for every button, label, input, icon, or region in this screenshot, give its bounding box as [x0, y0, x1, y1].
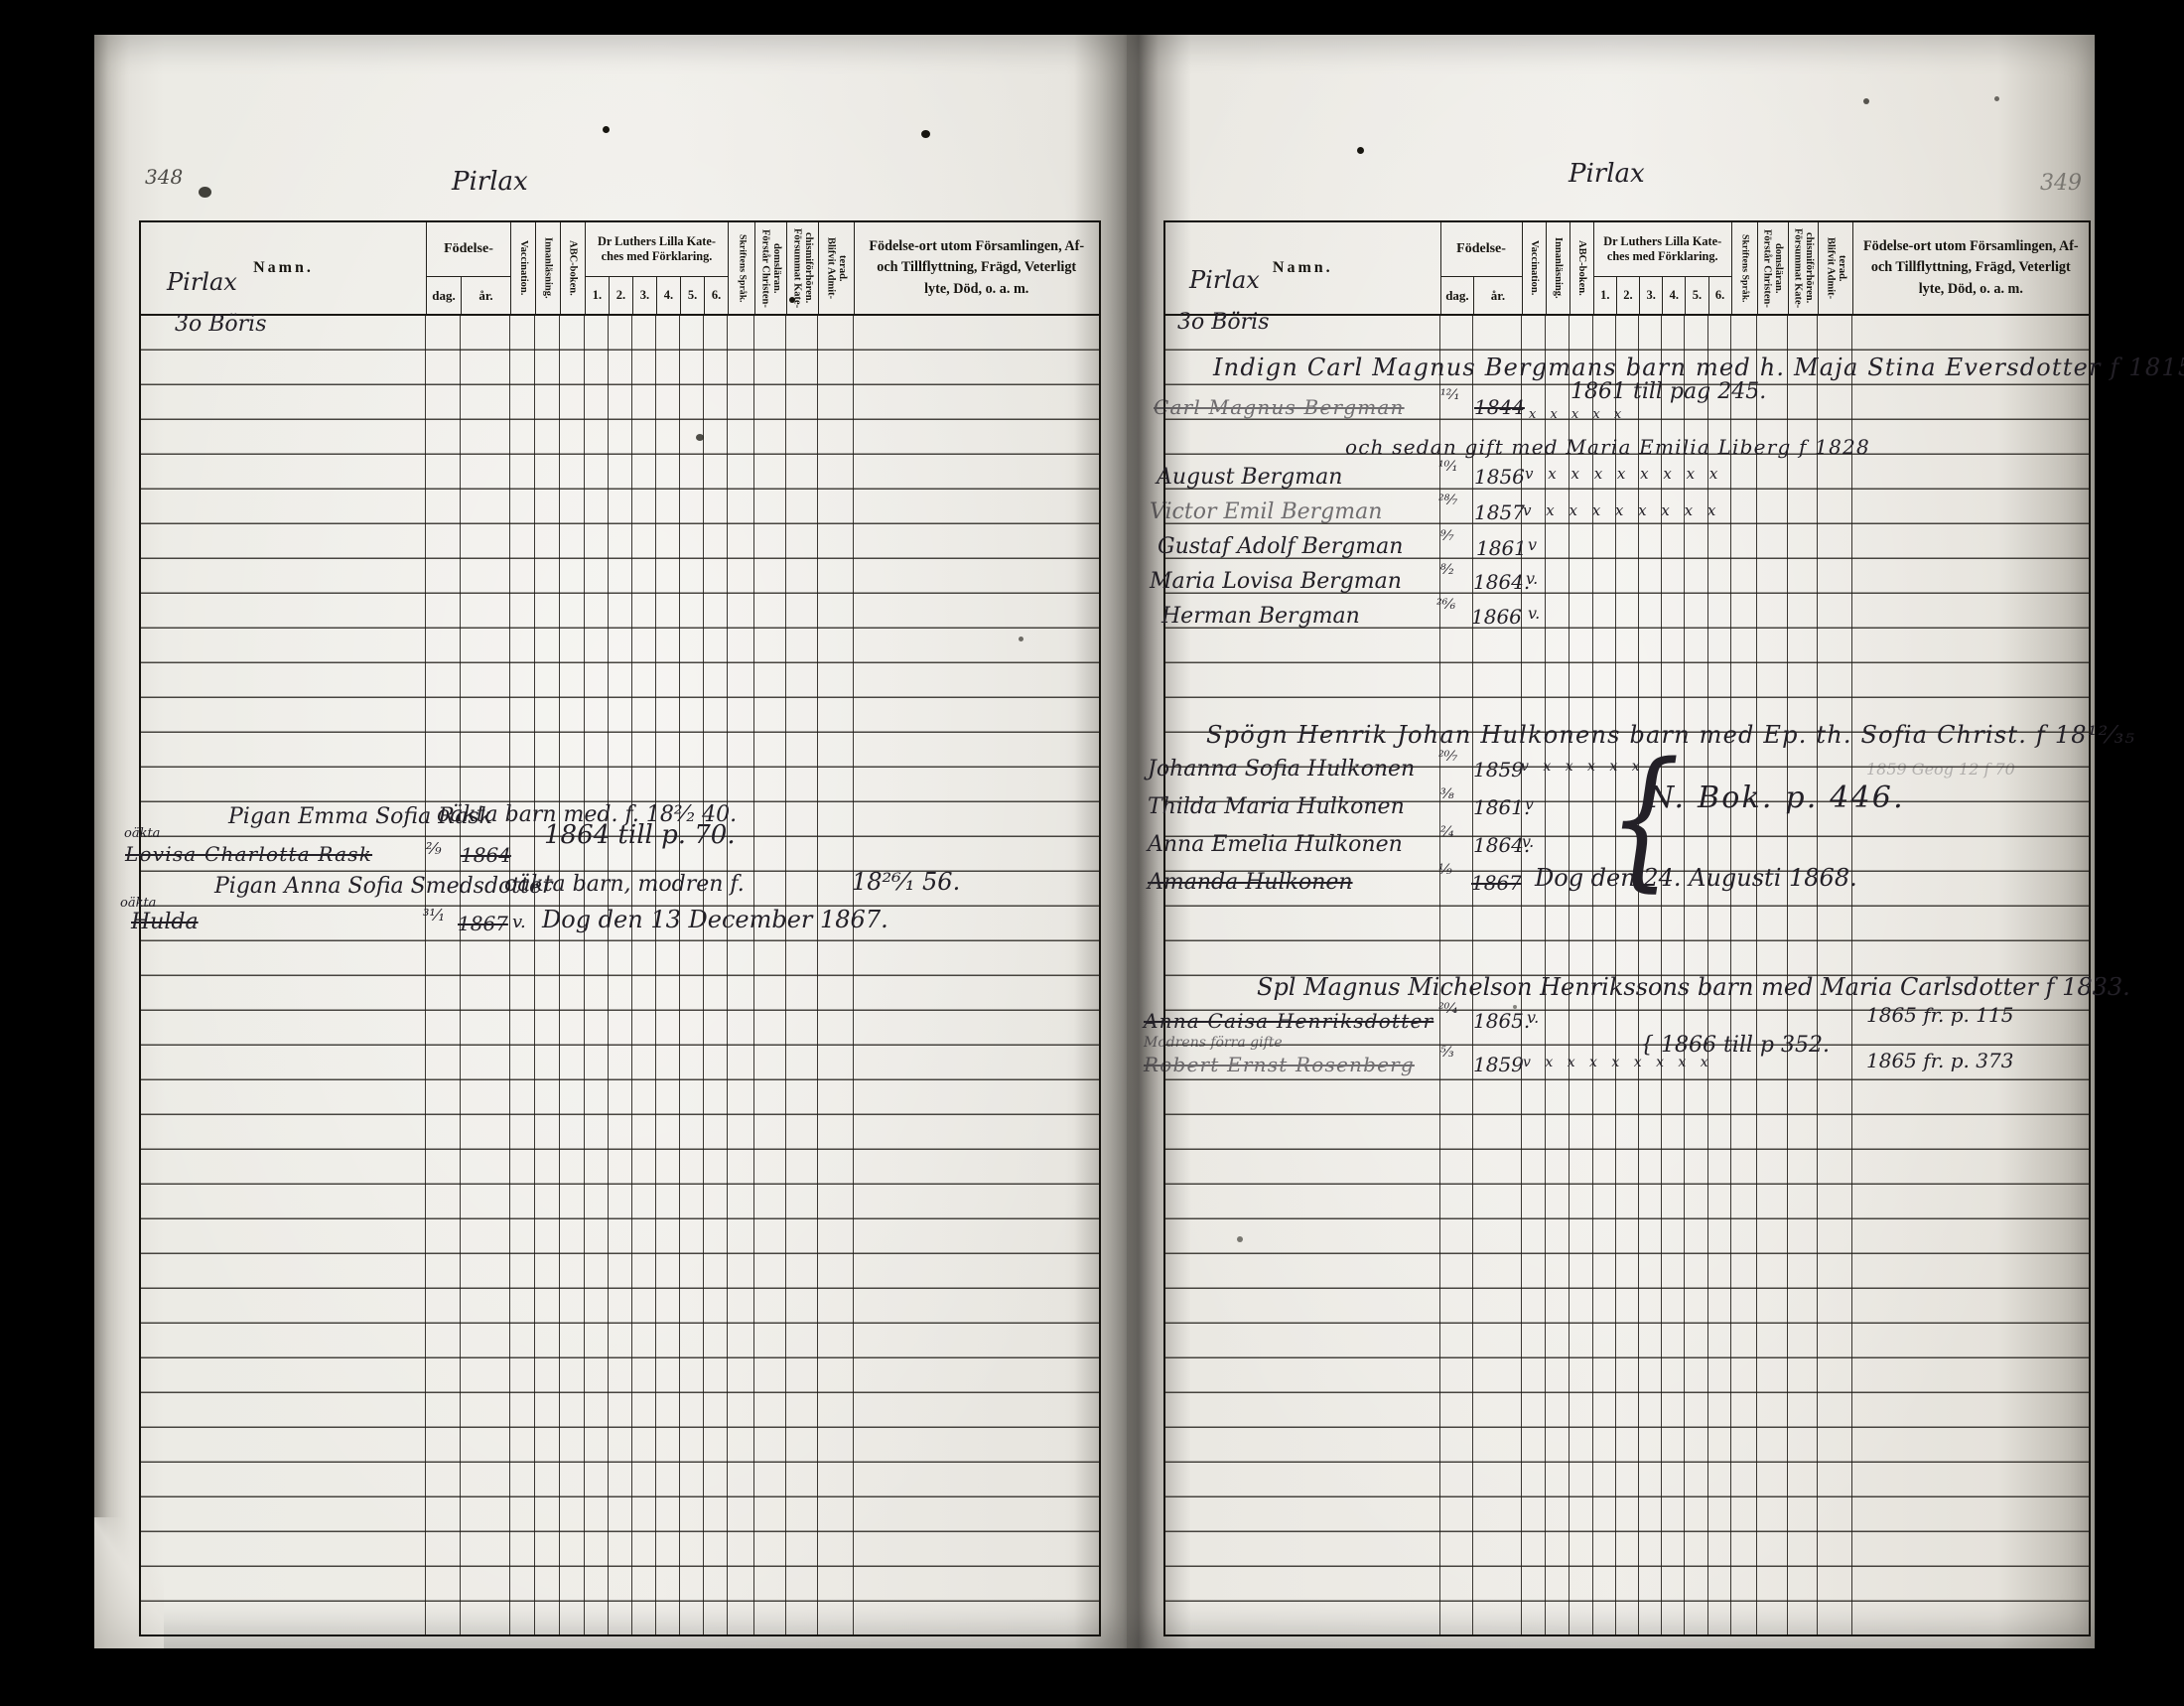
- col-header-forstar-christendomslaran: Förstår Christen-domsläran.: [754, 222, 786, 314]
- entry-name: Anna Emelia Hulkonen: [1148, 832, 1403, 857]
- dust-speck: [1237, 1236, 1243, 1242]
- page-number: 348: [145, 165, 183, 189]
- col-header-innanlasning: Innanläsning.: [1546, 222, 1570, 314]
- entry-birth-day: ²⁶⁄₆: [1436, 597, 1455, 613]
- dust-speck: [1863, 98, 1869, 104]
- col-header-vaccination: Vaccination.: [510, 222, 535, 314]
- entry-name: Gustaf Adolf Bergman: [1158, 534, 1403, 559]
- col-header-skriftens-sprak: Skriftens Språk.: [1731, 222, 1757, 314]
- col-header-innanlasning: Innanläsning.: [535, 222, 560, 314]
- col-header-kateches-4: 4.: [1662, 276, 1685, 314]
- entry-name: Carl Magnus Bergman: [1154, 395, 1405, 419]
- entry-birth-year: 1864: [461, 843, 511, 867]
- entry-birth-day: ³⁄₈: [1440, 786, 1454, 802]
- namn-script-note: Pirlax: [1189, 266, 1260, 294]
- ledger-table-right: Namn. Födelse- dag. år. Vaccination. Inn…: [1163, 220, 2091, 1636]
- entry-birth-day: ²⁄₄: [1440, 824, 1454, 840]
- entry-birth-day: ⁵⁄₃: [1440, 1045, 1454, 1061]
- column-rules: [141, 316, 1099, 1635]
- entry-marks: v: [1528, 535, 1537, 554]
- entry-birth-year: 1861.: [1473, 795, 1530, 819]
- col-header-abc-boken: ABC-boken.: [1570, 222, 1593, 314]
- entry-birth-year: 1866: [1471, 605, 1522, 629]
- page-number: 349: [2040, 171, 2082, 196]
- col-header-kateches-2: 2.: [609, 276, 632, 314]
- entry-note: 1861 till pag 245.: [1570, 379, 1766, 404]
- entry-note: 1865 fr. p. 373: [1866, 1049, 2013, 1072]
- col-header-kateches: Dr Luthers Lilla Kate-ches med Förklarin…: [585, 222, 728, 276]
- dust-speck: [1019, 637, 1024, 641]
- entry-note: 1864 till p. 70.: [544, 820, 736, 850]
- entry-birth-year: 1861: [1476, 536, 1527, 560]
- col-header-kateches-3: 3.: [632, 276, 656, 314]
- dust-speck: [199, 187, 211, 198]
- entry-name: Johanna Sofia Hulkonen: [1148, 757, 1415, 782]
- entry-birth-day: ³¹⁄₁: [423, 906, 445, 924]
- col-header-blifvit-admitterad: Blifvit Admit-terad.: [818, 222, 854, 314]
- section-header: 3o Böris: [175, 312, 267, 337]
- entry-birth-year: 1857: [1474, 500, 1525, 524]
- col-header-kateches-2: 2.: [1616, 276, 1639, 314]
- entry-note: Dog den 24. Augusti 1868.: [1535, 864, 1857, 892]
- entry-birth-day: ²⁸⁄₇: [1438, 493, 1457, 508]
- dust-speck: [696, 434, 704, 441]
- col-header-kateches-4: 4.: [656, 276, 680, 314]
- col-header-fodelse: Födelse-: [1440, 222, 1522, 276]
- entry-side-note: oäkta: [120, 896, 156, 911]
- dust-speck: [603, 126, 610, 133]
- dust-speck: [1994, 96, 1999, 101]
- entry-marks: x x x x x: [1529, 407, 1626, 422]
- entry-marks: v x x x x x: [1521, 759, 1645, 775]
- col-header-vaccination: Vaccination.: [1522, 222, 1546, 314]
- entry-birth-day: ¹⁰⁄₁: [1438, 459, 1457, 475]
- entry-marks: v: [1525, 794, 1534, 813]
- entry-name: Anna Caisa Henriksdotter: [1144, 1009, 1433, 1033]
- col-header-kateches-1: 1.: [585, 276, 609, 314]
- entry-family-header: Indign Carl Magnus Bergmans barn med h. …: [1213, 354, 2184, 381]
- entry-marks: v.: [1522, 832, 1534, 851]
- col-header-abc-boken: ABC-boken.: [560, 222, 585, 314]
- col-header-skriftens-sprak: Skriftens Språk.: [728, 222, 754, 314]
- entry-birth-day: ⁹⁄₇: [1440, 528, 1454, 544]
- dust-speck: [1513, 1005, 1517, 1009]
- entry-note: och sedan gift med Maria Emilia Liberg f…: [1345, 435, 1870, 459]
- col-header-kateches-6: 6.: [704, 276, 728, 314]
- entry-name: Pigan Anna Sofia Smedsdotter: [214, 874, 553, 899]
- namn-script-note: Pirlax: [167, 268, 237, 296]
- col-header-forstar-christendomslaran: Förstår Christen-domsläran.: [1757, 222, 1788, 314]
- col-header-ar: år.: [461, 276, 510, 314]
- entry-name: Herman Bergman: [1161, 604, 1360, 629]
- entry-pencil-note: 1859 Geog 12 f 70: [1866, 760, 2015, 779]
- entry-mark: v.: [512, 912, 526, 932]
- dust-speck: [789, 297, 795, 303]
- entry-note: 1865 fr. p. 115: [1866, 1003, 2013, 1027]
- col-header-dag: dag.: [1440, 276, 1474, 314]
- entry-birth-year: 1844: [1474, 395, 1525, 419]
- entry-marks: v x x x x x x x x: [1525, 465, 1722, 483]
- entry-name: Thilda Maria Hulkonen: [1148, 794, 1405, 819]
- table-body: [141, 316, 1099, 1635]
- page-title-script: Pirlax: [1569, 159, 1645, 189]
- entry-note: { 1866 till p 352.: [1640, 1033, 1830, 1058]
- entry-name: August Bergman: [1157, 465, 1342, 490]
- entry-name: Amanda Hulkonen: [1148, 870, 1353, 895]
- entry-birth-day: ¹²⁄₁: [1440, 387, 1459, 403]
- col-header-kateches-5: 5.: [680, 276, 704, 314]
- entry-birth-year: 1867: [1471, 871, 1522, 895]
- entry-birth-day: ²⁄₉: [426, 839, 442, 858]
- col-header-fodelseort: Födelse-ort utom Församlingen, Af- och T…: [854, 222, 1098, 314]
- entry-name: Maria Lovisa Bergman: [1150, 569, 1402, 594]
- entry-name: Victor Emil Bergman: [1150, 499, 1382, 524]
- col-header-kateches: Dr Luthers Lilla Kate-ches med Förklarin…: [1593, 222, 1731, 276]
- entry-birth-year: 1865.: [1473, 1009, 1530, 1033]
- entry-birth-year: 1859: [1473, 758, 1524, 782]
- entry-birth-year: 1856: [1474, 465, 1525, 489]
- dust-speck: [1357, 147, 1364, 154]
- entry-birth-day: ²⁰⁄₇: [1438, 749, 1457, 765]
- entry-birth-year: 1864.: [1473, 570, 1530, 594]
- col-header-kateches-6: 6.: [1708, 276, 1731, 314]
- entry-note: N. Bok. p. 446.: [1648, 781, 1905, 815]
- table-header: Namn. Födelse- dag. år. Vaccination. Inn…: [141, 222, 1099, 316]
- entry-side-note: Modrens förra gifte: [1144, 1035, 1283, 1051]
- entry-name: Lovisa Charlotta Rask: [125, 842, 372, 866]
- col-header-forsummat-katechismiforhoren: Försummat Kate-chismiförhören.: [1788, 222, 1819, 314]
- entry-marks: v.: [1526, 569, 1538, 588]
- entry-marks: v.: [1528, 604, 1540, 623]
- col-header-fodelseort: Födelse-ort utom Församlingen, Af- och T…: [1852, 222, 2088, 314]
- col-header-kateches-1: 1.: [1593, 276, 1616, 314]
- microfilm-frame: 348 Pirlax Namn. Födelse- dag. år. Vacci…: [0, 0, 2184, 1706]
- page-title-script: Pirlax: [452, 167, 528, 197]
- entry-birth-year: 1867: [458, 912, 508, 935]
- col-header-ar: år.: [1473, 276, 1521, 314]
- col-header-fodelse: Födelse-: [426, 222, 510, 276]
- entry-birth-day: ²⁰⁄₄: [1438, 1001, 1457, 1017]
- col-header-kateches-3: 3.: [1639, 276, 1662, 314]
- entry-birth-year: 1859: [1473, 1053, 1524, 1076]
- section-header: 3o Böris: [1177, 310, 1270, 335]
- entry-name: Robert Ernst Rosenberg: [1144, 1053, 1415, 1076]
- col-header-blifvit-admitterad: Blifvit Admit-terad.: [1818, 222, 1852, 314]
- entry-family-header: Spl Magnus Michelson Henrikssons barn me…: [1257, 973, 2130, 1001]
- entry-birth-day: ⁸⁄₂: [1440, 562, 1454, 578]
- entry-name: Hulda: [131, 910, 199, 934]
- entry-marks: v.: [1527, 1008, 1539, 1027]
- entry-birth-day: ¹⁄₉: [1438, 862, 1452, 878]
- col-header-dag: dag.: [426, 276, 461, 314]
- dust-speck: [921, 130, 930, 138]
- table-header: Namn. Födelse- dag. år. Vaccination. Inn…: [1165, 222, 2089, 316]
- col-header-kateches-5: 5.: [1685, 276, 1707, 314]
- entry-note: 18²⁶⁄₁ 56.: [852, 868, 960, 896]
- entry-note: oäkta barn, modren f.: [504, 872, 745, 897]
- entry-marks: v x x x x x x x x: [1523, 501, 1720, 519]
- entry-side-note: oäkta: [124, 826, 160, 841]
- entry-note: Dog den 13 December 1867.: [542, 906, 888, 933]
